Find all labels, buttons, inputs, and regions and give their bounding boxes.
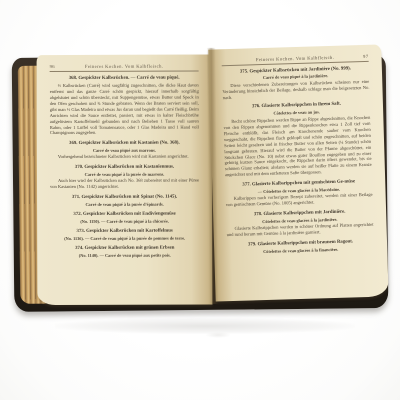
recipe-body-text: Auch hier wird der Kalbsrücken nach No. … (50, 178, 199, 190)
recipe-section: 373. Gespickter Kalbsrücken mit Kartoffe… (50, 228, 199, 241)
recipe-section: 379. Glasierte Kalbsrippchen mit braunem… (227, 238, 374, 255)
recipe-section: 369. Gespickter Kalbsrücken mit Kastanie… (50, 140, 199, 160)
recipe-body-text: Recht schöne Rippchen werden Rippe an Ri… (223, 115, 372, 179)
recipe-section: 372. Gespickter Kalbsrücken mit Endivien… (50, 211, 199, 224)
recipe-section: 368. Gespickter Kalbsrücken. — Carré de … (50, 75, 199, 136)
recipe-body-text: Vorhergehend bezeichneter Kalbsrücken wi… (50, 154, 199, 160)
recipe-body-text: Diese verschiedenen Zubereitungen von Ka… (222, 79, 369, 101)
right-running-head: Feineres Kochen. Vom Kalbfleisch. 97 (222, 54, 369, 66)
recipe-subtitle-french: Carré de veau piqué à la purée d'épinard… (50, 201, 199, 207)
recipe-section: 376. Glasierte Kalbsrippchen in ihrem Sa… (223, 101, 372, 178)
recipe-heading: 374. Gespickter Kalbsrücken mit grünen E… (50, 245, 199, 252)
right-running-head-title: Feineres Kochen. Vom Kalbfleisch. (237, 54, 352, 62)
right-page: Feineres Kochen. Vom Kalbfleisch. 97 375… (208, 44, 388, 301)
right-page-number: 97 (352, 54, 368, 59)
recipe-section: 378. Glasierte Kalbsrippchen mit Jardini… (226, 208, 374, 238)
recipe-heading: 372. Gespickter Kalbsrücken mit Endivien… (50, 211, 199, 218)
recipe-heading: 368. Gespickter Kalbsrücken. — Carré de … (50, 75, 199, 82)
recipe-subtitle-french: Carré de veau piqué aux marrons. (50, 147, 199, 153)
recipe-heading: 370. Gespickter Kalbsrücken mit Kastanie… (50, 164, 199, 171)
left-running-head: 96 Feineres Kochen. Vom Kalbfleisch. (50, 64, 199, 72)
photo-background: 96 Feineres Kochen. Vom Kalbfleisch. 368… (0, 0, 400, 400)
right-page-sections: 375. Gespickter Kalbsrücken mit Jardiniè… (222, 65, 374, 255)
recipe-section: 377. Glasierte Kalbsrippchen mit gemisch… (225, 179, 373, 209)
recipe-section: 370. Gespickter Kalbsrücken mit Kastanie… (50, 164, 199, 190)
recipe-section: 375. Gespickter Kalbsrücken mit Jardiniè… (222, 65, 370, 101)
recipe-subtitle-french: Carré de veau piqué à la purée de marron… (50, 171, 199, 177)
recipe-body-text: ½ Kalbsrücken (Carré) wird sorgfältig zu… (50, 82, 199, 136)
recipe-heading: 369. Gespickter Kalbsrücken mit Kastanie… (50, 140, 199, 147)
recipe-subtitle-french: (No. 1150). — Carré de veau piqué à la c… (50, 218, 199, 224)
recipe-subtitle-french: (No. 1136). — Carré de veau piqué à la p… (50, 235, 199, 241)
floor-smudge (205, 332, 231, 338)
recipe-heading: 371. Gespickter Kalbsrücken mit Spinat (… (50, 194, 199, 201)
recipe-heading: 373. Gespickter Kalbsrücken mit Kartoffe… (50, 228, 199, 235)
recipe-section: 374. Gespickter Kalbsrücken mit grünen E… (50, 245, 199, 258)
left-running-head-title: Feineres Kochen. Vom Kalbfleisch. (66, 64, 183, 69)
recipe-subtitle-french: (No. 1140). — Carré de veau piqué aux pe… (50, 252, 199, 258)
recipe-section: 371. Gespickter Kalbsrücken mit Spinat (… (50, 194, 199, 207)
open-book: 96 Feineres Kochen. Vom Kalbfleisch. 368… (12, 40, 389, 318)
left-page-sections: 368. Gespickter Kalbsrücken. — Carré de … (50, 75, 200, 259)
left-page: 96 Feineres Kochen. Vom Kalbfleisch. 368… (37, 54, 213, 305)
left-page-number: 96 (50, 64, 66, 69)
